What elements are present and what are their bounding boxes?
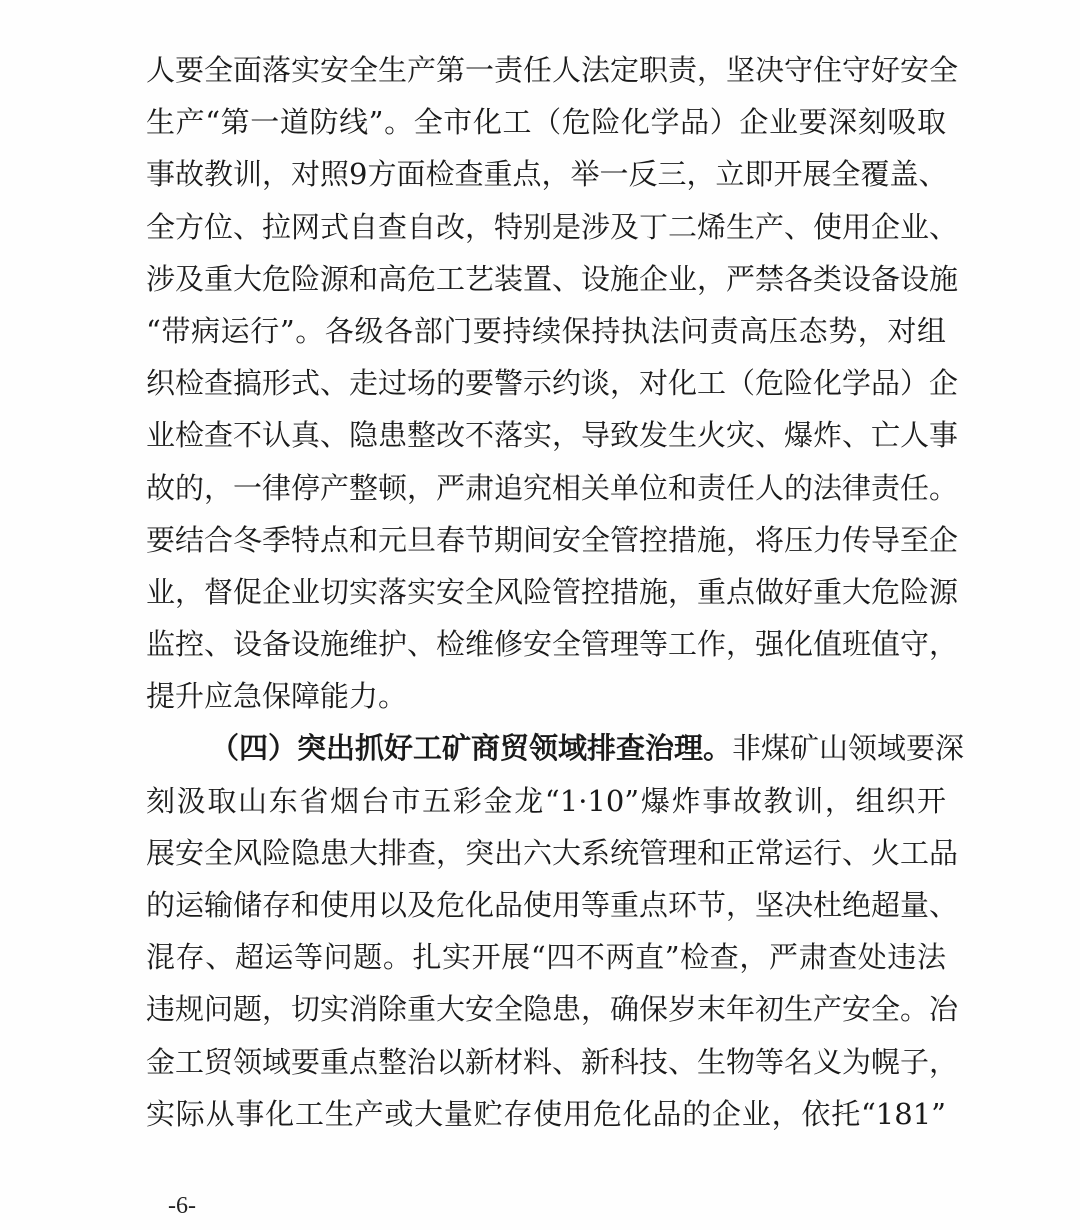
text-line: 要结合冬季特点和元旦春节期间安全管控措施，将压力传导至企 xyxy=(146,514,946,566)
text-line: 故的，一律停产整顿，严肃追究相关单位和责任人的法律责任。 xyxy=(146,462,946,514)
text-line: 人要全面落实安全生产第一责任人法定职责，坚决守住守好安全 xyxy=(146,44,946,96)
text-line: 生产“第一道防线”。全市化工（危险化学品）企业要深刻吸取 xyxy=(146,96,946,148)
text-line: “带病运行”。各级各部门要持续保持执法问责高压态势，对组 xyxy=(146,305,946,357)
text-line: 实际从事化工生产或大量贮存使用危化品的企业，依托“181” xyxy=(146,1088,946,1140)
text-line: 提升应急保障能力。 xyxy=(146,670,946,722)
body-text: 人要全面落实安全生产第一责任人法定职责，坚决守住守好安全 生产“第一道防线”。全… xyxy=(146,44,946,1140)
text-line: 违规问题，切实消除重大安全隐患，确保岁末年初生产安全。冶 xyxy=(146,983,946,1035)
text-line: 织检查搞形式、走过场的要警示约谈，对化工（危险化学品）企 xyxy=(146,357,946,409)
text-line: 展安全风险隐患大排查，突出六大系统管理和正常运行、火工品 xyxy=(146,827,946,879)
text-line: 刻汲取山东省烟台市五彩金龙“1·10”爆炸事故教训，组织开 xyxy=(146,775,946,827)
text-line: 涉及重大危险源和高危工艺装置、设施企业，严禁各类设备设施 xyxy=(146,253,946,305)
text-line: 全方位、拉网式自查自改，特别是涉及丁二烯生产、使用企业、 xyxy=(146,201,946,253)
text-line: 业检查不认真、隐患整改不落实，导致发生火灾、爆炸、亡人事 xyxy=(146,409,946,461)
section-4-heading: （四）突出抓好工矿商贸领域排查治理。 xyxy=(210,731,732,765)
document-page: 人要全面落实安全生产第一责任人法定职责，坚决守住守好安全 生产“第一道防线”。全… xyxy=(0,0,1080,1230)
text-line: 金工贸领域要重点整治以新材料、新科技、生物等名义为幌子， xyxy=(146,1036,946,1088)
section-4-first-line: （四）突出抓好工矿商贸领域排查治理。非煤矿山领域要深 xyxy=(146,722,946,774)
text-line: 业，督促企业切实落实安全风险管控措施，重点做好重大危险源 xyxy=(146,566,946,618)
text-line: 监控、设备设施维护、检维修安全管理等工作，强化值班值守， xyxy=(146,618,946,670)
text-line: 的运输储存和使用以及危化品使用等重点环节，坚决杜绝超量、 xyxy=(146,879,946,931)
page-number: -6- xyxy=(168,1193,196,1220)
section-4-first-line-text: 非煤矿山领域要深 xyxy=(732,731,964,765)
text-line: 混存、超运等问题。扎实开展“四不两直”检查，严肃查处违法 xyxy=(146,931,946,983)
text-line: 事故教训，对照9方面检查重点，举一反三，立即开展全覆盖、 xyxy=(146,148,946,200)
